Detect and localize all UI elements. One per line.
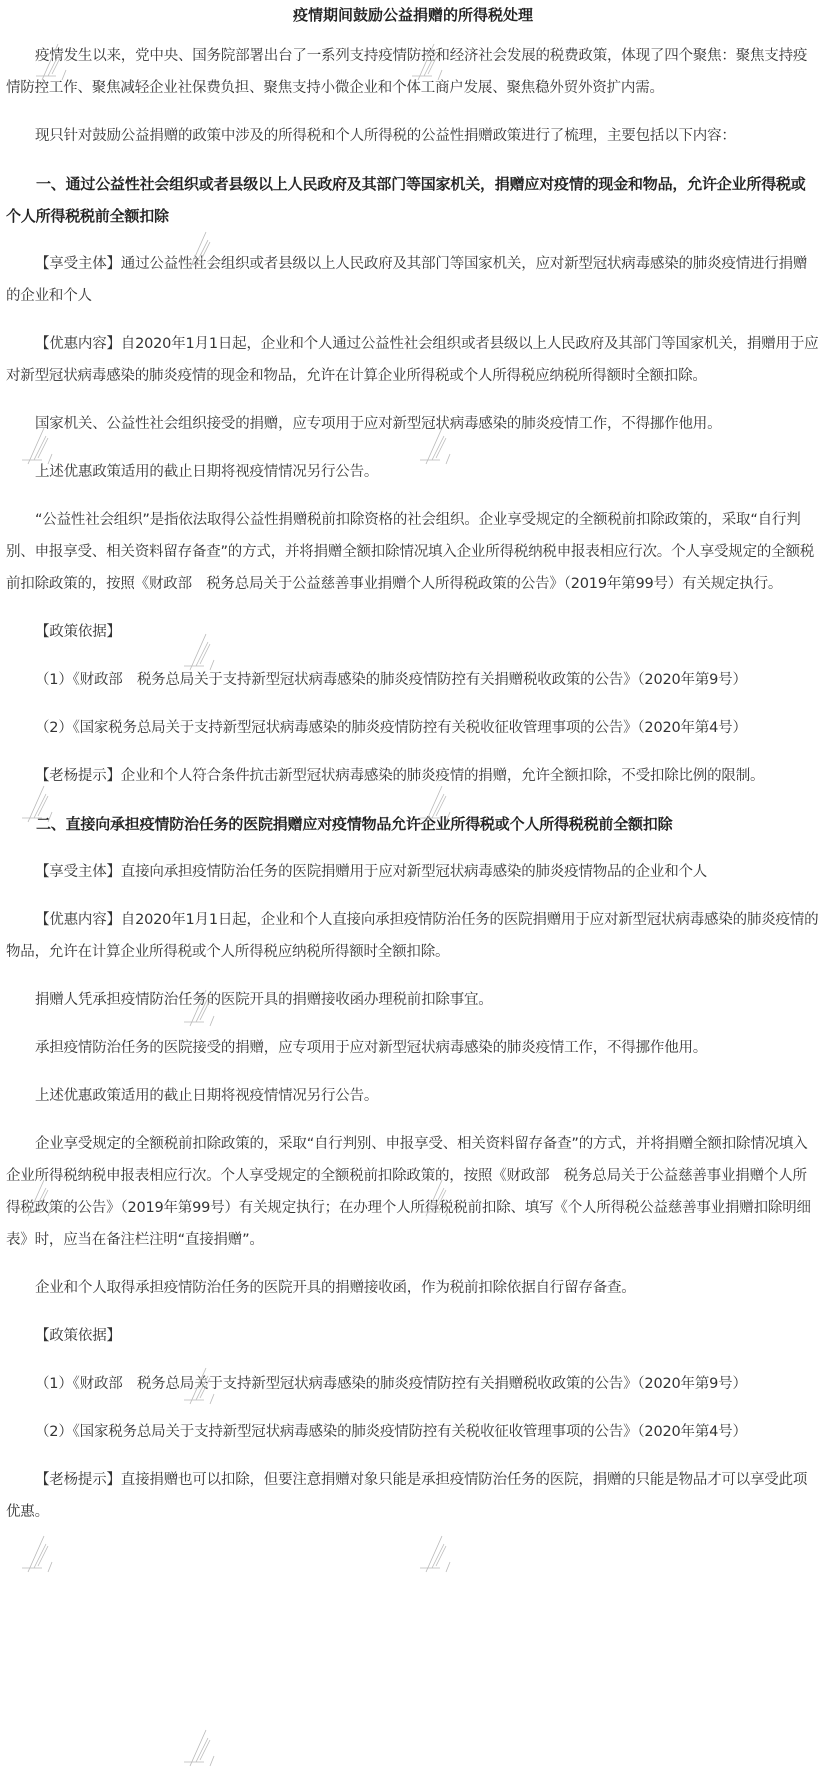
body-paragraph: 企业和个人取得承担疫情防治任务的医院开具的捐赠接收函，作为税前扣除依据自行留存备… [6, 1272, 820, 1304]
section-heading-2: 二、直接向承担疫情防治任务的医院捐赠应对疫情物品允许企业所得税或个人所得税税前全… [6, 808, 820, 840]
page-title: 疫情期间鼓励公益捐赠的所得税处理 [6, 0, 820, 34]
body-paragraph: 上述优惠政策适用的截止日期将视疫情情况另行公告。 [6, 1080, 820, 1112]
watermark-mark-icon [420, 1532, 460, 1576]
body-paragraph: 捐赠人凭承担疫情防治任务的医院开具的捐赠接收函办理税前扣除事宜。 [6, 984, 820, 1016]
policy-reference: （2）《国家税务总局关于支持新型冠状病毒感染的肺炎疫情防控有关税收征收管理事项的… [6, 1416, 820, 1448]
policy-reference: （1）《财政部 税务总局关于支持新型冠状病毒感染的肺炎疫情防控有关捐赠税收政策的… [6, 1368, 820, 1400]
beneficiary-paragraph: 【享受主体】通过公益性社会组织或者县级以上人民政府及其部门等国家机关，应对新型冠… [6, 248, 820, 312]
body-paragraph: “公益性社会组织”是指依法取得公益性捐赠税前扣除资格的社会组织。企业享受规定的全… [6, 504, 820, 600]
watermark-mark-icon [22, 1532, 62, 1576]
benefit-content-paragraph: 【优惠内容】自2020年1月1日起，企业和个人直接向承担疫情防治任务的医院捐赠用… [6, 904, 820, 968]
tip-paragraph: 【老杨提示】直接捐赠也可以扣除，但要注意捐赠对象只能是承担疫情防治任务的医院，捐… [6, 1464, 820, 1528]
tip-paragraph: 【老杨提示】企业和个人符合条件抗击新型冠状病毒感染的肺炎疫情的捐赠，允许全额扣除… [6, 760, 820, 792]
body-paragraph: 企业享受规定的全额税前扣除政策的，采取“自行判别、申报享受、相关资料留存备查”的… [6, 1128, 820, 1256]
section-heading-1: 一、通过公益性社会组织或者县级以上人民政府及其部门等国家机关，捐赠应对疫情的现金… [6, 168, 820, 232]
policy-reference: （1）《财政部 税务总局关于支持新型冠状病毒感染的肺炎疫情防控有关捐赠税收政策的… [6, 664, 820, 696]
beneficiary-paragraph: 【享受主体】直接向承担疫情防治任务的医院捐赠用于应对新型冠状病毒感染的肺炎疫情物… [6, 856, 820, 888]
body-paragraph: 承担疫情防治任务的医院接受的捐赠，应专项用于应对新型冠状病毒感染的肺炎疫情工作，… [6, 1032, 820, 1064]
intro-paragraph: 疫情发生以来，党中央、国务院部署出台了一系列支持疫情防控和经济社会发展的税费政策… [6, 40, 820, 104]
policy-reference: （2）《国家税务总局关于支持新型冠状病毒感染的肺炎疫情防控有关税收征收管理事项的… [6, 712, 820, 744]
policy-basis-label: 【政策依据】 [6, 616, 820, 648]
watermark-mark-icon [184, 1726, 224, 1770]
article: 疫情期间鼓励公益捐赠的所得税处理 疫情发生以来，党中央、国务院部署出台了一系列支… [0, 0, 820, 1528]
policy-basis-label: 【政策依据】 [6, 1320, 820, 1352]
body-paragraph: 国家机关、公益性社会组织接受的捐赠，应专项用于应对新型冠状病毒感染的肺炎疫情工作… [6, 408, 820, 440]
intro-paragraph: 现只针对鼓励公益捐赠的政策中涉及的所得税和个人所得税的公益性捐赠政策进行了梳理，… [6, 120, 820, 152]
body-paragraph: 上述优惠政策适用的截止日期将视疫情情况另行公告。 [6, 456, 820, 488]
benefit-content-paragraph: 【优惠内容】自2020年1月1日起，企业和个人通过公益性社会组织或者县级以上人民… [6, 328, 820, 392]
